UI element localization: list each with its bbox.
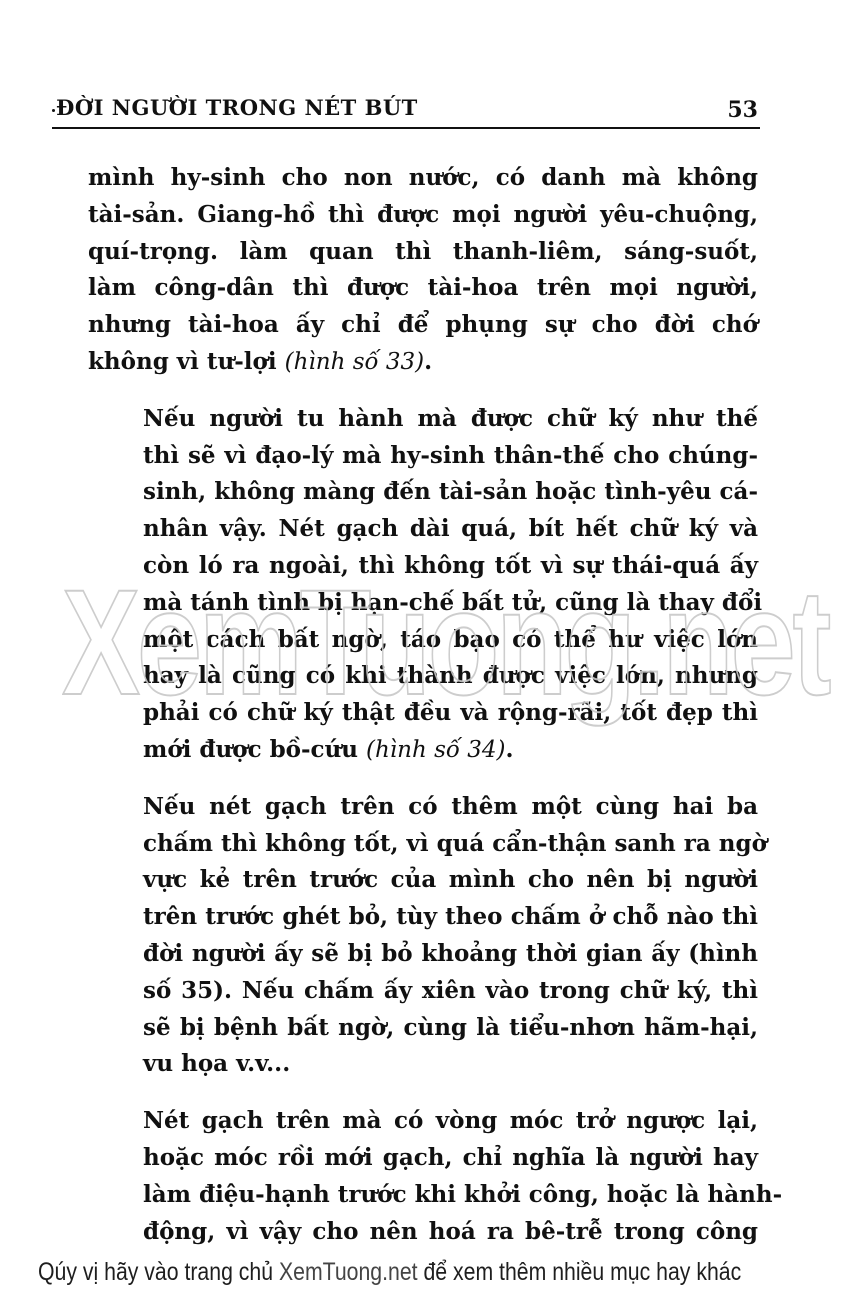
- text-line: động, vì vậy cho nên hoá ra bê-trễ trong…: [88, 1214, 758, 1251]
- text-line: còn ló ra ngoài, thì không tốt vì sự thá…: [88, 548, 758, 585]
- paragraph-1: mình hy-sinh cho non nước, có danh mà kh…: [88, 160, 758, 381]
- text-line: thì sẽ vì đạo-lý mà hy-sinh thân-thế cho…: [88, 438, 758, 475]
- text-line: đời người ấy sẽ bị bỏ khoảng thời gian ấ…: [88, 936, 758, 973]
- text-line: tài-sản. Giang-hồ thì được mọi người yêu…: [88, 197, 758, 234]
- text-line: sẽ bị bệnh bất ngờ, cùng là tiểu-nhơn hã…: [88, 1010, 758, 1047]
- text-line: Nếu người tu hành mà được chữ ký như thế: [88, 401, 758, 438]
- footer-promo: Qúy vị hãy vào trang chủ XemTuong.net để…: [38, 1258, 718, 1287]
- punctuation: .: [424, 348, 432, 375]
- running-header: ĐỜI NGƯỜI TRONG NÉT BÚT 53: [52, 95, 760, 129]
- text-line: trên trước ghét bỏ, tùy theo chấm ở chỗ …: [88, 899, 758, 936]
- text-line: chấm thì không tốt, vì quá cẩn-thận sanh…: [88, 826, 758, 863]
- text-line: một cách bất ngờ, táo bạo có thể hư việc…: [88, 622, 758, 659]
- text-line-last: vu họa v.v...: [88, 1046, 758, 1083]
- page-number: 53: [727, 97, 758, 123]
- text-fragment: mới được bồ-cứu: [143, 736, 366, 763]
- text-line: hoặc móc rồi mới gạch, chỉ nghĩa là ngườ…: [88, 1140, 758, 1177]
- figure-reference: (hình số 33): [285, 349, 425, 375]
- text-line: hay là cũng có khi thành được việc lớn, …: [88, 658, 758, 695]
- text-line: quí-trọng. làm quan thì thanh-liêm, sáng…: [88, 234, 758, 271]
- punctuation: .: [506, 736, 514, 763]
- text-line: vực kẻ trên trước của mình cho nên bị ng…: [88, 862, 758, 899]
- text-line: nhân vậy. Nét gạch dài quá, bít hết chữ …: [88, 511, 758, 548]
- text-line: nhưng tài-hoa ấy chỉ để phụng sự cho đời…: [88, 307, 758, 344]
- text-line: Nét gạch trên mà có vòng móc trở ngược l…: [88, 1103, 758, 1140]
- scanned-book-page: ĐỜI NGƯỜI TRONG NÉT BÚT 53 mình hy-sinh …: [0, 0, 850, 1299]
- text-line-last: không vì tư-lợi (hình số 33).: [88, 344, 758, 381]
- paragraph-3: Nếu nét gạch trên có thêm một cùng hai b…: [88, 789, 758, 1083]
- scan-speck: [52, 109, 55, 112]
- figure-reference: (hình số 34): [366, 737, 506, 763]
- page-body: mình hy-sinh cho non nước, có danh mà kh…: [88, 160, 758, 1250]
- text-line-last: mới được bồ-cứu (hình số 34).: [88, 732, 758, 769]
- paragraph-2: Nếu người tu hành mà được chữ ký như thế…: [88, 401, 758, 769]
- book-title: ĐỜI NGƯỜI TRONG NÉT BÚT: [56, 95, 418, 120]
- text-line: số 35). Nếu chấm ấy xiên vào trong chữ k…: [88, 973, 758, 1010]
- text-line: mình hy-sinh cho non nước, có danh mà kh…: [88, 160, 758, 197]
- paragraph-4: Nét gạch trên mà có vòng móc trở ngược l…: [88, 1103, 758, 1250]
- text-line: làm công-dân thì được tài-hoa trên mọi n…: [88, 270, 758, 307]
- text-line: Nếu nét gạch trên có thêm một cùng hai b…: [88, 789, 758, 826]
- text-line: làm điệu-hạnh trước khi khởi công, hoặc …: [88, 1177, 758, 1214]
- site-link[interactable]: XemTuong.net: [279, 1258, 418, 1286]
- text-fragment: không vì tư-lợi: [88, 348, 285, 375]
- text-line: mà tánh tình bị hạn-chế bất tử, cũng là …: [88, 585, 758, 622]
- text-line: phải có chữ ký thật đều và rộng-rãi, tốt…: [88, 695, 758, 732]
- footer-text-after: để xem thêm nhiều mục hay khác: [418, 1258, 742, 1286]
- footer-text-before: Qúy vị hãy vào trang chủ: [38, 1258, 279, 1286]
- text-line: sinh, không màng đến tài-sản hoặc tình-y…: [88, 474, 758, 511]
